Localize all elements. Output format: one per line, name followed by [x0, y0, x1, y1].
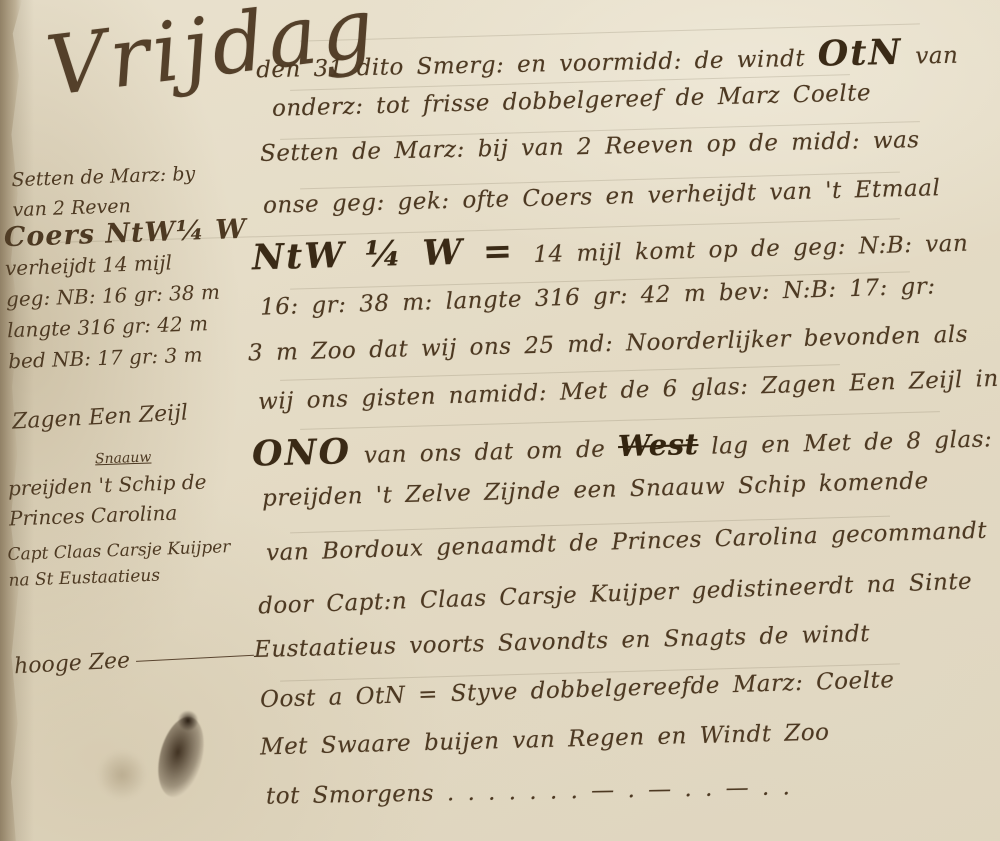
- body-line: Oost a OtN = Styve dobbelgereefde Marz: …: [260, 667, 895, 713]
- body-text: van ons dat om de: [351, 436, 619, 469]
- margin-note-spoke-ship: Snaauw preijden 't Schip de Princes Caro…: [7, 441, 208, 534]
- body-line: onderz: tot frisse dobbelgereef de Marz …: [272, 80, 872, 122]
- margin-note-line: Zagen Een Zeijl: [11, 400, 188, 434]
- margin-note-set-sails: Setten de Marz: by van 2 Reven: [11, 159, 197, 225]
- body-text: van Bordoux genaamdt de Princes Carolina…: [266, 518, 988, 567]
- bearing-emphasis: ONO: [252, 431, 352, 475]
- ink-smudge: [98, 750, 146, 800]
- margin-note-line: Princes Carolina: [9, 497, 208, 534]
- margin-note-line: hooge Zee: [14, 648, 131, 679]
- body-line: Setten de Marz: bij van 2 Reeven op de m…: [260, 127, 920, 167]
- ink-blot: [151, 712, 212, 802]
- body-text: onderz: tot frisse dobbelgereef de Marz …: [272, 80, 872, 122]
- body-text: van: [902, 43, 958, 70]
- body-line: onse geg: gek: ofte Coers en verheijdt v…: [263, 175, 941, 219]
- margin-note-line: Setten de Marz: by: [11, 159, 196, 195]
- course-emphasis: NtW ¼ W =: [252, 230, 534, 278]
- body-line: door Capt:n Claas Carsje Kuijper gedisti…: [258, 569, 973, 620]
- body-line: tot Smorgens . . . . . . . — . — . . — .…: [266, 774, 791, 809]
- body-line: NtW ¼ W = 14 mijl komt op de geg: N:B: v…: [252, 219, 969, 279]
- margin-note-high-sea: hooge Zee: [14, 642, 255, 680]
- margin-note-captain: Capt Claas Carsje Kuijper na St Eustaati…: [7, 534, 232, 594]
- body-text: preijden 't Zelve Zijnde een Snaauw Schi…: [262, 468, 929, 511]
- body-text: 3 m Zoo dat wij ons 25 md: Noorderlijker…: [248, 322, 969, 367]
- body-line: Met Swaare buijen van Regen en Windt Zoo: [260, 720, 830, 761]
- body-text: onse geg: gek: ofte Coers en verheijdt v…: [263, 175, 941, 219]
- corrected-word: West: [618, 427, 699, 463]
- body-text: Met Swaare buijen van Regen en Windt Zoo: [260, 720, 830, 761]
- body-line: van Bordoux genaamdt de Princes Carolina…: [266, 518, 988, 567]
- body-line: 3 m Zoo dat wij ons 25 md: Noorderlijker…: [248, 322, 969, 367]
- body-line: wij ons gisten namidd: Met de 6 glas: Za…: [258, 365, 1000, 415]
- body-line: Eustaatieus voorts Savondts en Snagts de…: [254, 621, 871, 663]
- margin-note-saw-sail: Zagen Een Zeijl: [11, 400, 188, 434]
- body-line: ONO van ons dat om de West lag en Met de…: [252, 414, 993, 474]
- wind-direction-emphasis: OtN: [817, 32, 902, 75]
- body-text: Oost a OtN = Styve dobbelgereefde Marz: …: [260, 667, 895, 713]
- body-text: 14 mijl komt op de geg: N:B: van: [533, 231, 968, 268]
- body-line: preijden 't Zelve Zijnde een Snaauw Schi…: [262, 468, 929, 511]
- body-text: lag en Met de 8 glas:: [698, 426, 992, 460]
- manuscript-page: Vrijdag Setten de Marz: by van 2 Reven C…: [0, 0, 1000, 841]
- margin-note-course-position: Coers NtW¼ W verheijdt 14 mijl geg: NB: …: [3, 214, 251, 377]
- body-text: tot Smorgens . . . . . . . — . — . . — .…: [266, 774, 791, 809]
- body-text: Setten de Marz: bij van 2 Reeven op de m…: [260, 127, 920, 167]
- body-text: wij ons gisten namidd: Met de 6 glas: Za…: [258, 365, 1000, 415]
- body-text: Eustaatieus voorts Savondts en Snagts de…: [254, 621, 871, 663]
- body-text: door Capt:n Claas Carsje Kuijper gedisti…: [258, 569, 973, 620]
- pen-flourish-line: [136, 654, 254, 661]
